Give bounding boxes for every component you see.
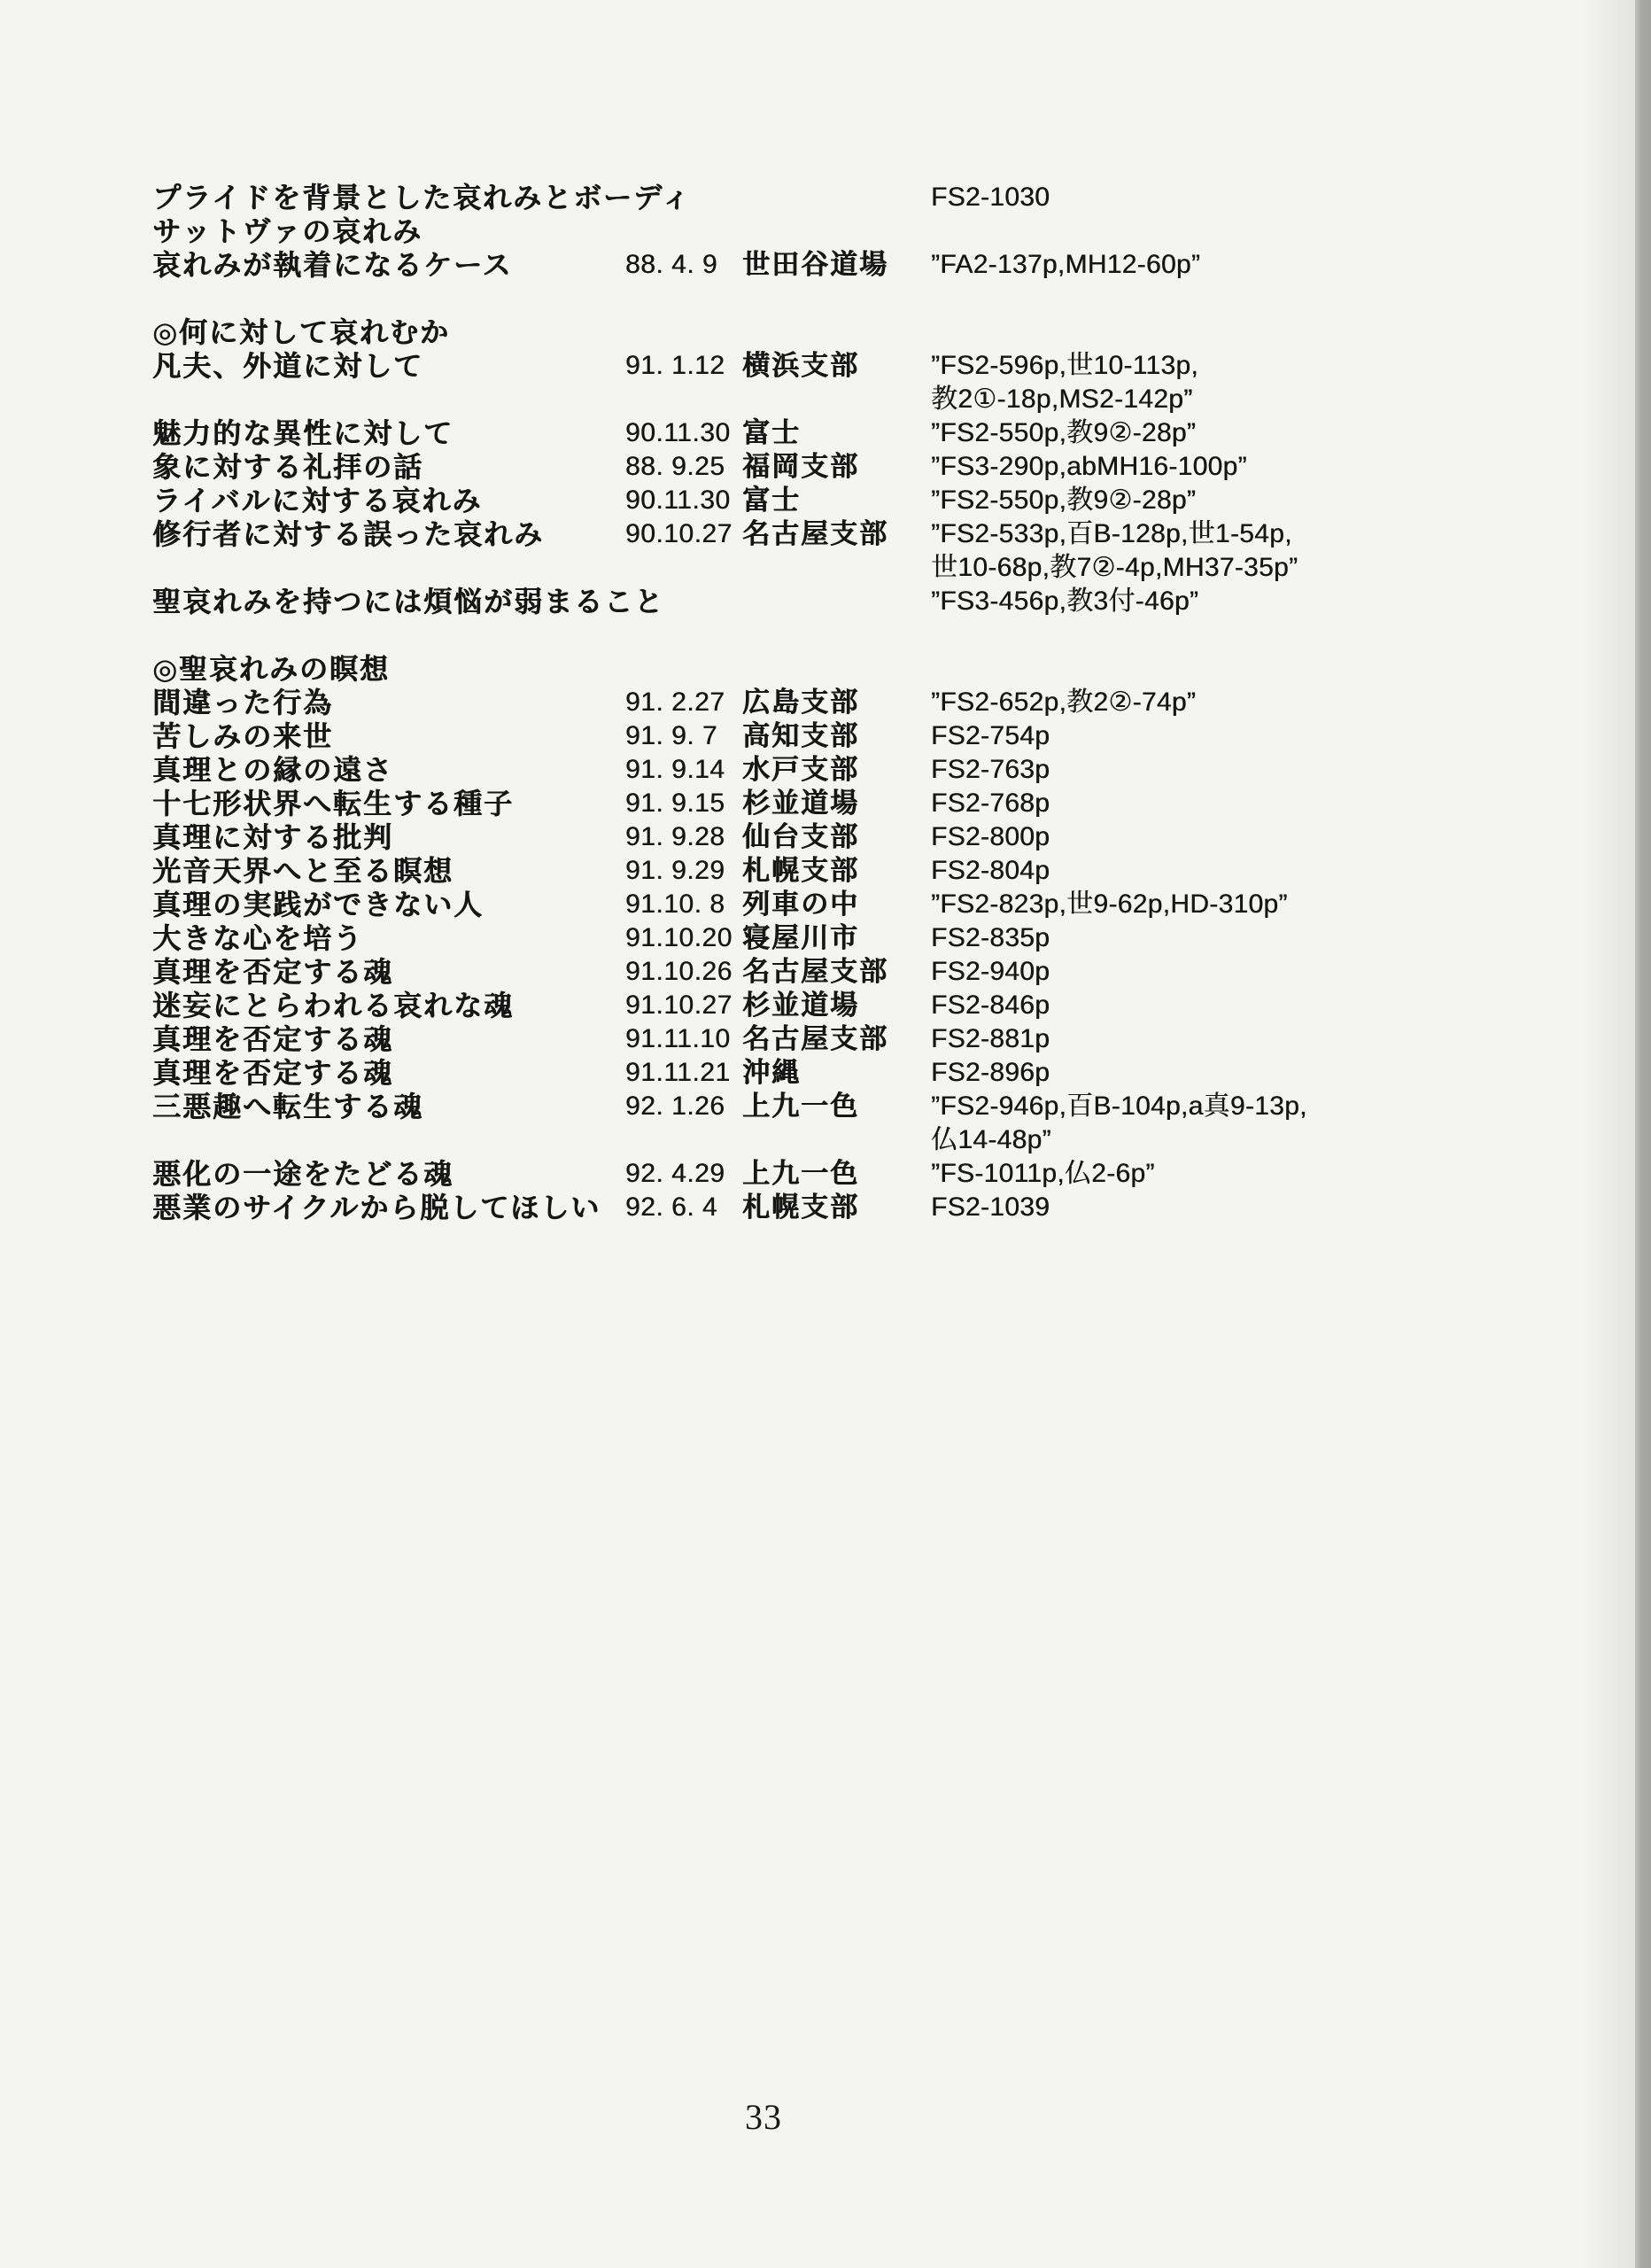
entry-title: 象に対する礼拝の話 [152, 450, 625, 484]
index-row: 光音天界へと至る瞑想 91. 9.29 札幌支部 FS2-804p [152, 854, 1570, 888]
index-row: プライドを背景とした哀れみとボーディ FS2-1030 [152, 181, 1570, 214]
row-spacer [152, 282, 1570, 315]
entry-code: FS2-846p [931, 989, 1570, 1022]
entry-code: ”FS2-946p,百B-104p,a真9-13p,仏14-48p” [931, 1090, 1570, 1157]
entry-title: 真理を否定する魂 [152, 955, 625, 989]
scan-edge-band [1635, 0, 1651, 2268]
entry-code-line: ”FS2-533p,百B-128p,世1-54p, [931, 517, 1570, 551]
entry-code: ”FS2-652p,教2②-74p” [931, 686, 1570, 719]
entry-date: 91.10.27 [625, 989, 742, 1022]
index-row: 大きな心を培う 91.10.20 寝屋川市 FS2-835p [152, 921, 1570, 955]
index-row: 真理を否定する魂 91.10.26 名古屋支部 FS2-940p [152, 955, 1570, 989]
index-row: 修行者に対する誤った哀れみ 90.10.27 名古屋支部 ”FS2-533p,百… [152, 517, 1570, 585]
entry-location: 富士 [742, 416, 931, 450]
entry-title: 光音天界へと至る瞑想 [152, 854, 625, 888]
entry-date: 90.11.30 [625, 484, 742, 517]
entry-title: 苦しみの来世 [152, 719, 625, 753]
page-number: 33 [719, 2096, 808, 2138]
entry-code-line: 仏14-48p” [931, 1123, 1570, 1157]
entry-title: サットヴァの哀れみ [152, 214, 625, 248]
entry-title: 魅力的な異性に対して [152, 416, 625, 450]
entry-code: ”FA2-137p,MH12-60p” [931, 248, 1570, 282]
entry-title: 真理を否定する魂 [152, 1022, 625, 1056]
entry-date: 91.10.20 [625, 921, 742, 955]
entry-location: 上九一色 [742, 1090, 931, 1123]
entry-location: 名古屋支部 [742, 1022, 931, 1056]
entry-code-line: FS2-881p [931, 1022, 1570, 1056]
entry-date: 91. 2.27 [625, 686, 742, 719]
entry-code: ”FS-1011p,仏2-6p” [931, 1157, 1570, 1191]
entry-location: 杉並道場 [742, 787, 931, 820]
entry-code: FS2-881p [931, 1022, 1570, 1056]
index-row: ◎聖哀れみの瞑想 [152, 652, 1570, 686]
index-row: ◎何に対して哀れむか [152, 315, 1570, 349]
index-row: 聖哀れみを持つには煩悩が弱まること ”FS3-456p,教3付-46p” [152, 585, 1570, 618]
entry-location: 世田谷道場 [742, 248, 931, 282]
entry-date: 91. 1.12 [625, 349, 742, 383]
entry-location: 水戸支部 [742, 753, 931, 787]
entry-title: ライバルに対する哀れみ [152, 484, 625, 517]
entry-code: FS2-754p [931, 719, 1570, 753]
entry-code: FS2-763p [931, 753, 1570, 787]
entry-date: 90.10.27 [625, 517, 742, 551]
entry-code-line: 世10-68p,教7②-4p,MH37-35p” [931, 551, 1570, 585]
entry-code-line: FS2-1030 [931, 181, 1570, 214]
entry-code-line: ”FS2-823p,世9-62p,HD-310p” [931, 888, 1570, 921]
entry-code: ”FS2-596p,世10-113p,教2①-18p,MS2-142p” [931, 349, 1570, 416]
entry-date: 91. 9. 7 [625, 719, 742, 753]
entry-code-line: FS2-754p [931, 719, 1570, 753]
entry-code-line: FS2-800p [931, 820, 1570, 854]
entry-date: 92. 4.29 [625, 1157, 742, 1191]
entry-code: FS2-835p [931, 921, 1570, 955]
entry-location: 寝屋川市 [742, 921, 931, 955]
entry-code: ”FS2-550p,教9②-28p” [931, 416, 1570, 450]
entry-location: 上九一色 [742, 1157, 931, 1191]
entry-location: 札幌支部 [742, 1191, 931, 1224]
entry-title: 凡夫、外道に対して [152, 349, 625, 383]
entry-code-line: ”FS2-596p,世10-113p, [931, 349, 1570, 383]
entry-date: 91.10.26 [625, 955, 742, 989]
entry-date: 88. 4. 9 [625, 248, 742, 282]
entry-title: 十七形状界へ転生する種子 [152, 787, 625, 820]
entry-date: 91.11.21 [625, 1056, 742, 1090]
entry-title: 悪化の一途をたどる魂 [152, 1157, 625, 1191]
entry-code-line: ”FS2-652p,教2②-74p” [931, 686, 1570, 719]
entry-code-line: FS2-763p [931, 753, 1570, 787]
index-row: 真理に対する批判 91. 9.28 仙台支部 FS2-800p [152, 820, 1570, 854]
entry-title: 真理に対する批判 [152, 820, 625, 854]
entry-title: 迷妄にとらわれる哀れな魂 [152, 989, 625, 1022]
entry-code-line: FS2-835p [931, 921, 1570, 955]
entry-title: 真理との縁の遠さ [152, 753, 625, 787]
entry-location: 福岡支部 [742, 450, 931, 484]
index-row: 間違った行為 91. 2.27 広島支部 ”FS2-652p,教2②-74p” [152, 686, 1570, 719]
entry-code: ”FS3-290p,abMH16-100p” [931, 450, 1570, 484]
index-list: プライドを背景とした哀れみとボーディ FS2-1030 サットヴァの哀れみ 哀れ… [152, 181, 1570, 1224]
entry-code: ”FS3-456p,教3付-46p” [931, 585, 1570, 618]
index-row: 魅力的な異性に対して 90.11.30 富士 ”FS2-550p,教9②-28p… [152, 416, 1570, 450]
entry-code: FS2-896p [931, 1056, 1570, 1090]
entry-code-line: ”FS2-550p,教9②-28p” [931, 416, 1570, 450]
entry-date: 91. 9.29 [625, 854, 742, 888]
index-row: 真理との縁の遠さ 91. 9.14 水戸支部 FS2-763p [152, 753, 1570, 787]
entry-title: 聖哀れみを持つには煩悩が弱まること [152, 585, 625, 618]
entry-location: 広島支部 [742, 686, 931, 719]
index-row: 真理を否定する魂 91.11.10 名古屋支部 FS2-881p [152, 1022, 1570, 1056]
entry-code: FS2-800p [931, 820, 1570, 854]
entry-location: 横浜支部 [742, 349, 931, 383]
entry-code-line: ”FS2-946p,百B-104p,a真9-13p, [931, 1090, 1570, 1123]
entry-date: 91. 9.14 [625, 753, 742, 787]
entry-title: 真理の実践ができない人 [152, 888, 625, 921]
scan-edge-shading [1582, 0, 1635, 2268]
entry-code: FS2-804p [931, 854, 1570, 888]
entry-code-line: ”FS3-290p,abMH16-100p” [931, 450, 1570, 484]
entry-code-line: FS2-768p [931, 787, 1570, 820]
index-row: 悪化の一途をたどる魂 92. 4.29 上九一色 ”FS-1011p,仏2-6p… [152, 1157, 1570, 1191]
entry-location: 列車の中 [742, 888, 931, 921]
row-spacer [152, 618, 1570, 652]
entry-code-line: FS2-846p [931, 989, 1570, 1022]
entry-title: ◎何に対して哀れむか [152, 315, 625, 349]
index-row: 苦しみの来世 91. 9. 7 高知支部 FS2-754p [152, 719, 1570, 753]
entry-code-line: FS2-1039 [931, 1191, 1570, 1224]
entry-code: FS2-1039 [931, 1191, 1570, 1224]
entry-location: 札幌支部 [742, 854, 931, 888]
entry-title: 大きな心を培う [152, 921, 625, 955]
entry-code: ”FS2-550p,教9②-28p” [931, 484, 1570, 517]
index-row: ライバルに対する哀れみ 90.11.30 富士 ”FS2-550p,教9②-28… [152, 484, 1570, 517]
entry-title: プライドを背景とした哀れみとボーディ [152, 181, 625, 214]
entry-date: 91. 9.15 [625, 787, 742, 820]
entry-location: 名古屋支部 [742, 517, 931, 551]
entry-location: 名古屋支部 [742, 955, 931, 989]
entry-title: ◎聖哀れみの瞑想 [152, 652, 625, 686]
entry-code-line: ”FS-1011p,仏2-6p” [931, 1157, 1570, 1191]
entry-title: 哀れみが執着になるケース [152, 248, 625, 282]
index-row: 真理を否定する魂 91.11.21 沖縄 FS2-896p [152, 1056, 1570, 1090]
entry-date: 92. 6. 4 [625, 1191, 742, 1224]
entry-code-line: 教2①-18p,MS2-142p” [931, 383, 1570, 416]
entry-code: FS2-1030 [931, 181, 1570, 214]
index-row: サットヴァの哀れみ [152, 214, 1570, 248]
index-row: 迷妄にとらわれる哀れな魂 91.10.27 杉並道場 FS2-846p [152, 989, 1570, 1022]
entry-code-line: ”FA2-137p,MH12-60p” [931, 248, 1570, 282]
entry-code: ”FS2-823p,世9-62p,HD-310p” [931, 888, 1570, 921]
scanned-document-page: プライドを背景とした哀れみとボーディ FS2-1030 サットヴァの哀れみ 哀れ… [0, 0, 1651, 2268]
entry-date: 92. 1.26 [625, 1090, 742, 1123]
entry-code-line: ”FS3-456p,教3付-46p” [931, 585, 1570, 618]
index-row: 三悪趣へ転生する魂 92. 1.26 上九一色 ”FS2-946p,百B-104… [152, 1090, 1570, 1157]
entry-date: 91. 9.28 [625, 820, 742, 854]
entry-date: 90.11.30 [625, 416, 742, 450]
entry-code-line: FS2-940p [931, 955, 1570, 989]
entry-title: 修行者に対する誤った哀れみ [152, 517, 625, 551]
entry-title: 間違った行為 [152, 686, 625, 719]
index-row: 象に対する礼拝の話 88. 9.25 福岡支部 ”FS3-290p,abMH16… [152, 450, 1570, 484]
index-row: 凡夫、外道に対して 91. 1.12 横浜支部 ”FS2-596p,世10-11… [152, 349, 1570, 416]
entry-code-line: FS2-804p [931, 854, 1570, 888]
index-row: 哀れみが執着になるケース 88. 4. 9 世田谷道場 ”FA2-137p,MH… [152, 248, 1570, 282]
index-row: 悪業のサイクルから脱してほしい 92. 6. 4 札幌支部 FS2-1039 [152, 1191, 1570, 1224]
entry-code: FS2-768p [931, 787, 1570, 820]
entry-location: 沖縄 [742, 1056, 931, 1090]
entry-date: 91.11.10 [625, 1022, 742, 1056]
entry-code: FS2-940p [931, 955, 1570, 989]
entry-title: 三悪趣へ転生する魂 [152, 1090, 625, 1123]
entry-location: 仙台支部 [742, 820, 931, 854]
entry-date: 88. 9.25 [625, 450, 742, 484]
entry-code: ”FS2-533p,百B-128p,世1-54p,世10-68p,教7②-4p,… [931, 517, 1570, 585]
entry-code-line: FS2-896p [931, 1056, 1570, 1090]
index-row: 真理の実践ができない人 91.10. 8 列車の中 ”FS2-823p,世9-6… [152, 888, 1570, 921]
entry-location: 高知支部 [742, 719, 931, 753]
index-row: 十七形状界へ転生する種子 91. 9.15 杉並道場 FS2-768p [152, 787, 1570, 820]
entry-title: 悪業のサイクルから脱してほしい [152, 1191, 625, 1224]
entry-date: 91.10. 8 [625, 888, 742, 921]
entry-location: 杉並道場 [742, 989, 931, 1022]
entry-title: 真理を否定する魂 [152, 1056, 625, 1090]
entry-location: 富士 [742, 484, 931, 517]
entry-code-line: ”FS2-550p,教9②-28p” [931, 484, 1570, 517]
